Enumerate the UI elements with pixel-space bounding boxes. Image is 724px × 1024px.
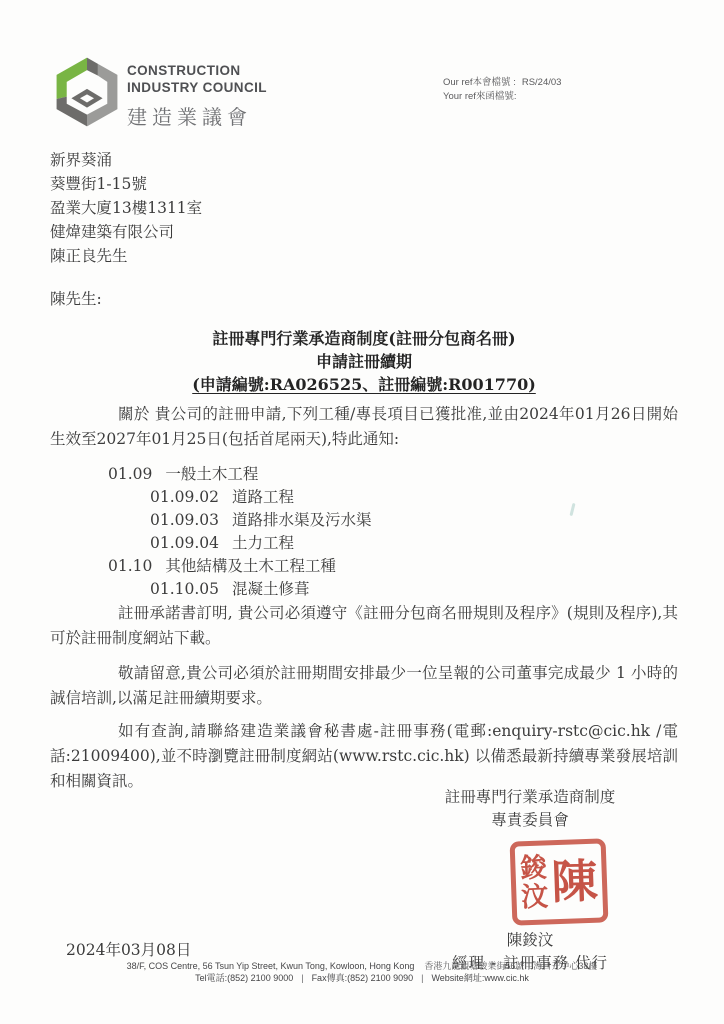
- trade-name: 混凝土修葺: [232, 580, 310, 598]
- reference-block: Our ref本會檔號 :RS/24/03 Your ref來函檔號:: [443, 76, 561, 104]
- trade-name: 土力工程: [232, 534, 294, 552]
- trade-item: 01.10.05混凝土修葺: [150, 578, 678, 601]
- trade-name: 一般土木工程: [165, 465, 258, 483]
- seal-char-right: 陳: [551, 858, 599, 906]
- recipient-line: 葵豐街1-15號: [50, 172, 678, 196]
- subject-block: 註冊專門行業承造商制度(註冊分包商名冊) 申請註冊續期 (申請編號:RA0265…: [50, 327, 678, 396]
- footer-tel: Tel電話:(852) 2100 9000: [195, 973, 293, 983]
- recipient-address: 新界葵涌 葵豐街1-15號 盈業大廈13樓1311室 健煒建築有限公司 陳正良先…: [50, 148, 678, 268]
- subject-line2: 申請註冊續期: [50, 350, 678, 373]
- org-name-block: CONSTRUCTION INDUSTRY COUNCIL 建造業議會: [127, 62, 267, 130]
- letter-page: CONSTRUCTION INDUSTRY COUNCIL 建造業議會 Our …: [0, 0, 724, 1024]
- footer-fax: Fax傳真:(852) 2100 9090: [312, 973, 414, 983]
- signoff-org-line: 註冊專門行業承造商制度: [400, 786, 660, 809]
- recipient-line: 陳正良先生: [50, 244, 678, 268]
- footer-separator: |: [421, 973, 423, 983]
- footer-website: Website網址:www.cic.hk: [431, 973, 528, 983]
- trade-item: 01.09.02道路工程: [150, 486, 678, 509]
- seal-left-column: 鋑 汶: [520, 853, 549, 912]
- trade-name: 道路工程: [232, 488, 294, 506]
- body-paragraph-2: 註冊承諾書訂明, 貴公司必須遵守《註冊分包商名冊規則及程序》(規則及程序),其可…: [50, 601, 678, 651]
- trade-item: 01.09.04土力工程: [150, 532, 678, 555]
- seal-char-top-left: 鋑: [520, 853, 548, 883]
- our-ref-value: RS/24/03: [522, 77, 562, 88]
- our-ref-label: Our ref本會檔號 :: [443, 77, 516, 88]
- org-name-en-line1: CONSTRUCTION: [127, 62, 267, 79]
- seal-char-bottom-left: 汶: [521, 882, 549, 912]
- footer-address-line: 38/F, COS Centre, 56 Tsun Yip Street, Kw…: [0, 960, 724, 972]
- trade-code: 01.09: [108, 463, 152, 486]
- trade-item: 01.10其他結構及土木工程工種: [108, 555, 678, 578]
- trade-code: 01.09.03: [150, 509, 219, 532]
- our-ref-line: Our ref本會檔號 :RS/24/03: [443, 76, 561, 90]
- signoff-committee-line: 專責委員會: [400, 809, 660, 832]
- body-paragraph-1: 關於 貴公司的註冊申請,下列工種/專長項目已獲批准,並由2024年01月26日開…: [50, 402, 678, 452]
- logo-inner-cube: [71, 89, 102, 108]
- recipient-line: 盈業大廈13樓1311室: [50, 196, 678, 220]
- letter-date: 2024年03月08日: [66, 938, 191, 960]
- recipient-line: 健煒建築有限公司: [50, 220, 678, 244]
- footer-contact-line: Tel電話:(852) 2100 9000|Fax傳真:(852) 2100 9…: [0, 972, 724, 984]
- subject-line3: (申請編號:RA026525、註冊編號:R001770): [50, 373, 678, 396]
- trade-name: 道路排水渠及污水渠: [232, 511, 372, 529]
- red-seal-stamp: 陳 鋑 汶: [510, 838, 609, 925]
- cic-logo-icon: [48, 56, 126, 132]
- body-paragraph-3: 敬請留意,貴公司必須於註冊期間安排最少一位呈報的公司董事完成最少 1 小時的誠信…: [50, 661, 678, 711]
- trade-item: 01.09.03道路排水渠及污水渠: [150, 509, 678, 532]
- trade-list: 01.09一般土木工程 01.09.02道路工程 01.09.03道路排水渠及污…: [50, 463, 678, 601]
- signoff-block: 註冊專門行業承造商制度 專責委員會 陳 鋑 汶 陳鋑汶 經理 - 註冊事務 代行: [400, 786, 660, 975]
- trade-item: 01.09一般土木工程: [108, 463, 678, 486]
- trade-name: 其他結構及土木工程工種: [165, 557, 336, 575]
- your-ref-line: Your ref來函檔號:: [443, 90, 561, 104]
- footer: 38/F, COS Centre, 56 Tsun Yip Street, Kw…: [0, 960, 724, 984]
- logo-dark-top-face: [87, 58, 98, 76]
- salutation: 陳先生:: [50, 287, 678, 309]
- trade-code: 01.09.02: [150, 486, 219, 509]
- footer-address-en: 38/F, COS Centre, 56 Tsun Yip Street, Kw…: [127, 961, 415, 971]
- signer-name: 陳鋑汶: [400, 929, 660, 952]
- trade-code: 01.10.05: [150, 578, 219, 601]
- footer-separator: |: [301, 973, 303, 983]
- footer-address-zh: 香港九龍觀塘駿業街56號中海日升中心38樓: [424, 961, 597, 971]
- trade-code: 01.09.04: [150, 532, 219, 555]
- trade-code: 01.10: [108, 555, 152, 578]
- body-paragraph-4: 如有查詢,請聯絡建造業議會秘書處-註冊事務(電郵:enquiry-rstc@ci…: [50, 719, 678, 794]
- org-name-zh: 建造業議會: [127, 101, 267, 130]
- org-name-en-line2: INDUSTRY COUNCIL: [127, 79, 267, 96]
- recipient-line: 新界葵涌: [50, 148, 678, 172]
- subject-line1: 註冊專門行業承造商制度(註冊分包商名冊): [50, 327, 678, 350]
